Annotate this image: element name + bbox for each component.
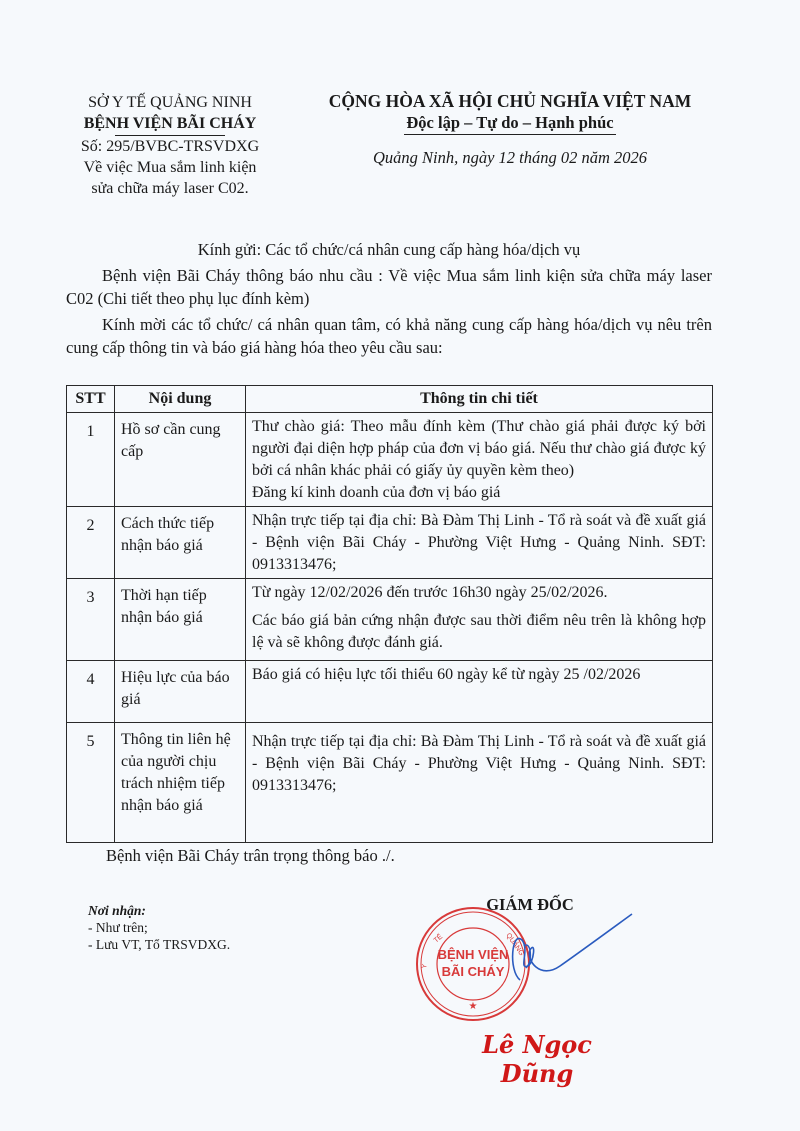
col-header-details: Thông tin chi tiết [246,386,713,413]
table-header-row: STT Nội dung Thông tin chi tiết [67,386,713,413]
requirements-table: STT Nội dung Thông tin chi tiết 1Hồ sơ c… [66,385,713,843]
row-stt: 3 [67,579,115,661]
svg-text:★: ★ [469,1001,478,1012]
nation-title: CỘNG HÒA XÃ HỘI CHỦ NGHĨA VIỆT NAM [300,90,720,112]
svg-text:BỆNH VIỆN: BỆNH VIỆN [438,947,509,962]
subject-line-1: Về việc Mua sắm linh kiện [40,157,300,178]
detail-paragraph: Báo giá có hiệu lực tối thiểu 60 ngày kể… [252,664,706,686]
recipient-item: - Như trên; [88,919,230,936]
row-details: Từ ngày 12/02/2026 đến trước 16h30 ngày … [246,579,713,661]
col-header-content: Nội dung [115,386,246,413]
table-row: 1Hồ sơ cần cung cấpThư chào giá: Theo mẫ… [67,413,713,507]
table-row: 4Hiệu lực của báo giáBáo giá có hiệu lực… [67,661,713,723]
subject-line-2: sửa chữa máy laser C02. [40,178,300,199]
table-row: 5Thông tin liên hệ của người chịu trách … [67,723,713,843]
signer-name: Lê Ngọc Dũng [452,1030,622,1088]
recipients-label: Nơi nhận: [88,902,230,919]
ministry-name: SỞ Y TẾ QUẢNG NINH [40,92,300,113]
row-stt: 4 [67,661,115,723]
detail-paragraph: Đăng kí kinh doanh của đơn vị báo giá [252,482,706,504]
national-header: CỘNG HÒA XÃ HỘI CHỦ NGHĨA VIỆT NAM Độc l… [300,90,720,169]
detail-paragraph: Từ ngày 12/02/2026 đến trước 16h30 ngày … [252,582,706,604]
row-stt: 2 [67,507,115,579]
paragraph-1: Bệnh viện Bãi Cháy thông báo nhu cầu : V… [66,264,712,310]
svg-text:BÃI CHÁY: BÃI CHÁY [442,964,505,979]
detail-paragraph: Các báo giá bản cứng nhận được sau thời … [252,610,706,654]
recipient-item: - Lưu VT, Tổ TRSVDXG. [88,936,230,953]
detail-paragraph: Nhận trực tiếp tại địa chỉ: Bà Đàm Thị L… [252,731,706,797]
salutation: Kính gửi: Các tổ chức/cá nhân cung cấp h… [66,240,712,260]
row-content: Thông tin liên hệ của người chịu trách n… [115,723,246,843]
detail-paragraph: Thư chào giá: Theo mẫu đính kèm (Thư chà… [252,416,706,482]
col-header-stt: STT [67,386,115,413]
row-stt: 5 [67,723,115,843]
closing-line: Bệnh viện Bãi Cháy trân trọng thông báo … [106,846,395,866]
row-content: Thời hạn tiếp nhận báo giá [115,579,246,661]
detail-paragraph: Nhận trực tiếp tại địa chỉ: Bà Đàm Thị L… [252,510,706,576]
divider [404,134,616,135]
svg-text:TẾ: TẾ [431,931,445,945]
motto: Độc lập – Tự do – Hạnh phúc [300,112,720,134]
recipients-block: Nơi nhận: - Như trên; - Lưu VT, Tổ TRSVD… [88,902,230,953]
paragraph-2: Kính mời các tổ chức/ cá nhân quan tâm, … [66,313,712,359]
row-details: Nhận trực tiếp tại địa chỉ: Bà Đàm Thị L… [246,723,713,843]
document-number: Số: 295/BVBC-TRSVDXG [40,136,300,157]
hospital-name: BỆNH VIỆN BÃI CHÁY [40,113,300,134]
row-content: Cách thức tiếp nhận báo giá [115,507,246,579]
issuer-block: SỞ Y TẾ QUẢNG NINH BỆNH VIỆN BÃI CHÁY Số… [40,92,300,199]
svg-text:Y: Y [421,963,429,969]
row-details: Thư chào giá: Theo mẫu đính kèm (Thư chà… [246,413,713,507]
table-row: 2Cách thức tiếp nhận báo giáNhận trực ti… [67,507,713,579]
table-row: 3Thời hạn tiếp nhận báo giáTừ ngày 12/02… [67,579,713,661]
row-content: Hồ sơ cần cung cấp [115,413,246,507]
place-date: Quảng Ninh, ngày 12 tháng 02 năm 2026 [300,147,720,169]
row-stt: 1 [67,413,115,507]
row-details: Nhận trực tiếp tại địa chỉ: Bà Đàm Thị L… [246,507,713,579]
row-content: Hiệu lực của báo giá [115,661,246,723]
row-details: Báo giá có hiệu lực tối thiểu 60 ngày kể… [246,661,713,723]
signature-icon [500,910,640,990]
intro-paragraph: Bệnh viện Bãi Cháy thông báo nhu cầu : V… [66,264,712,359]
